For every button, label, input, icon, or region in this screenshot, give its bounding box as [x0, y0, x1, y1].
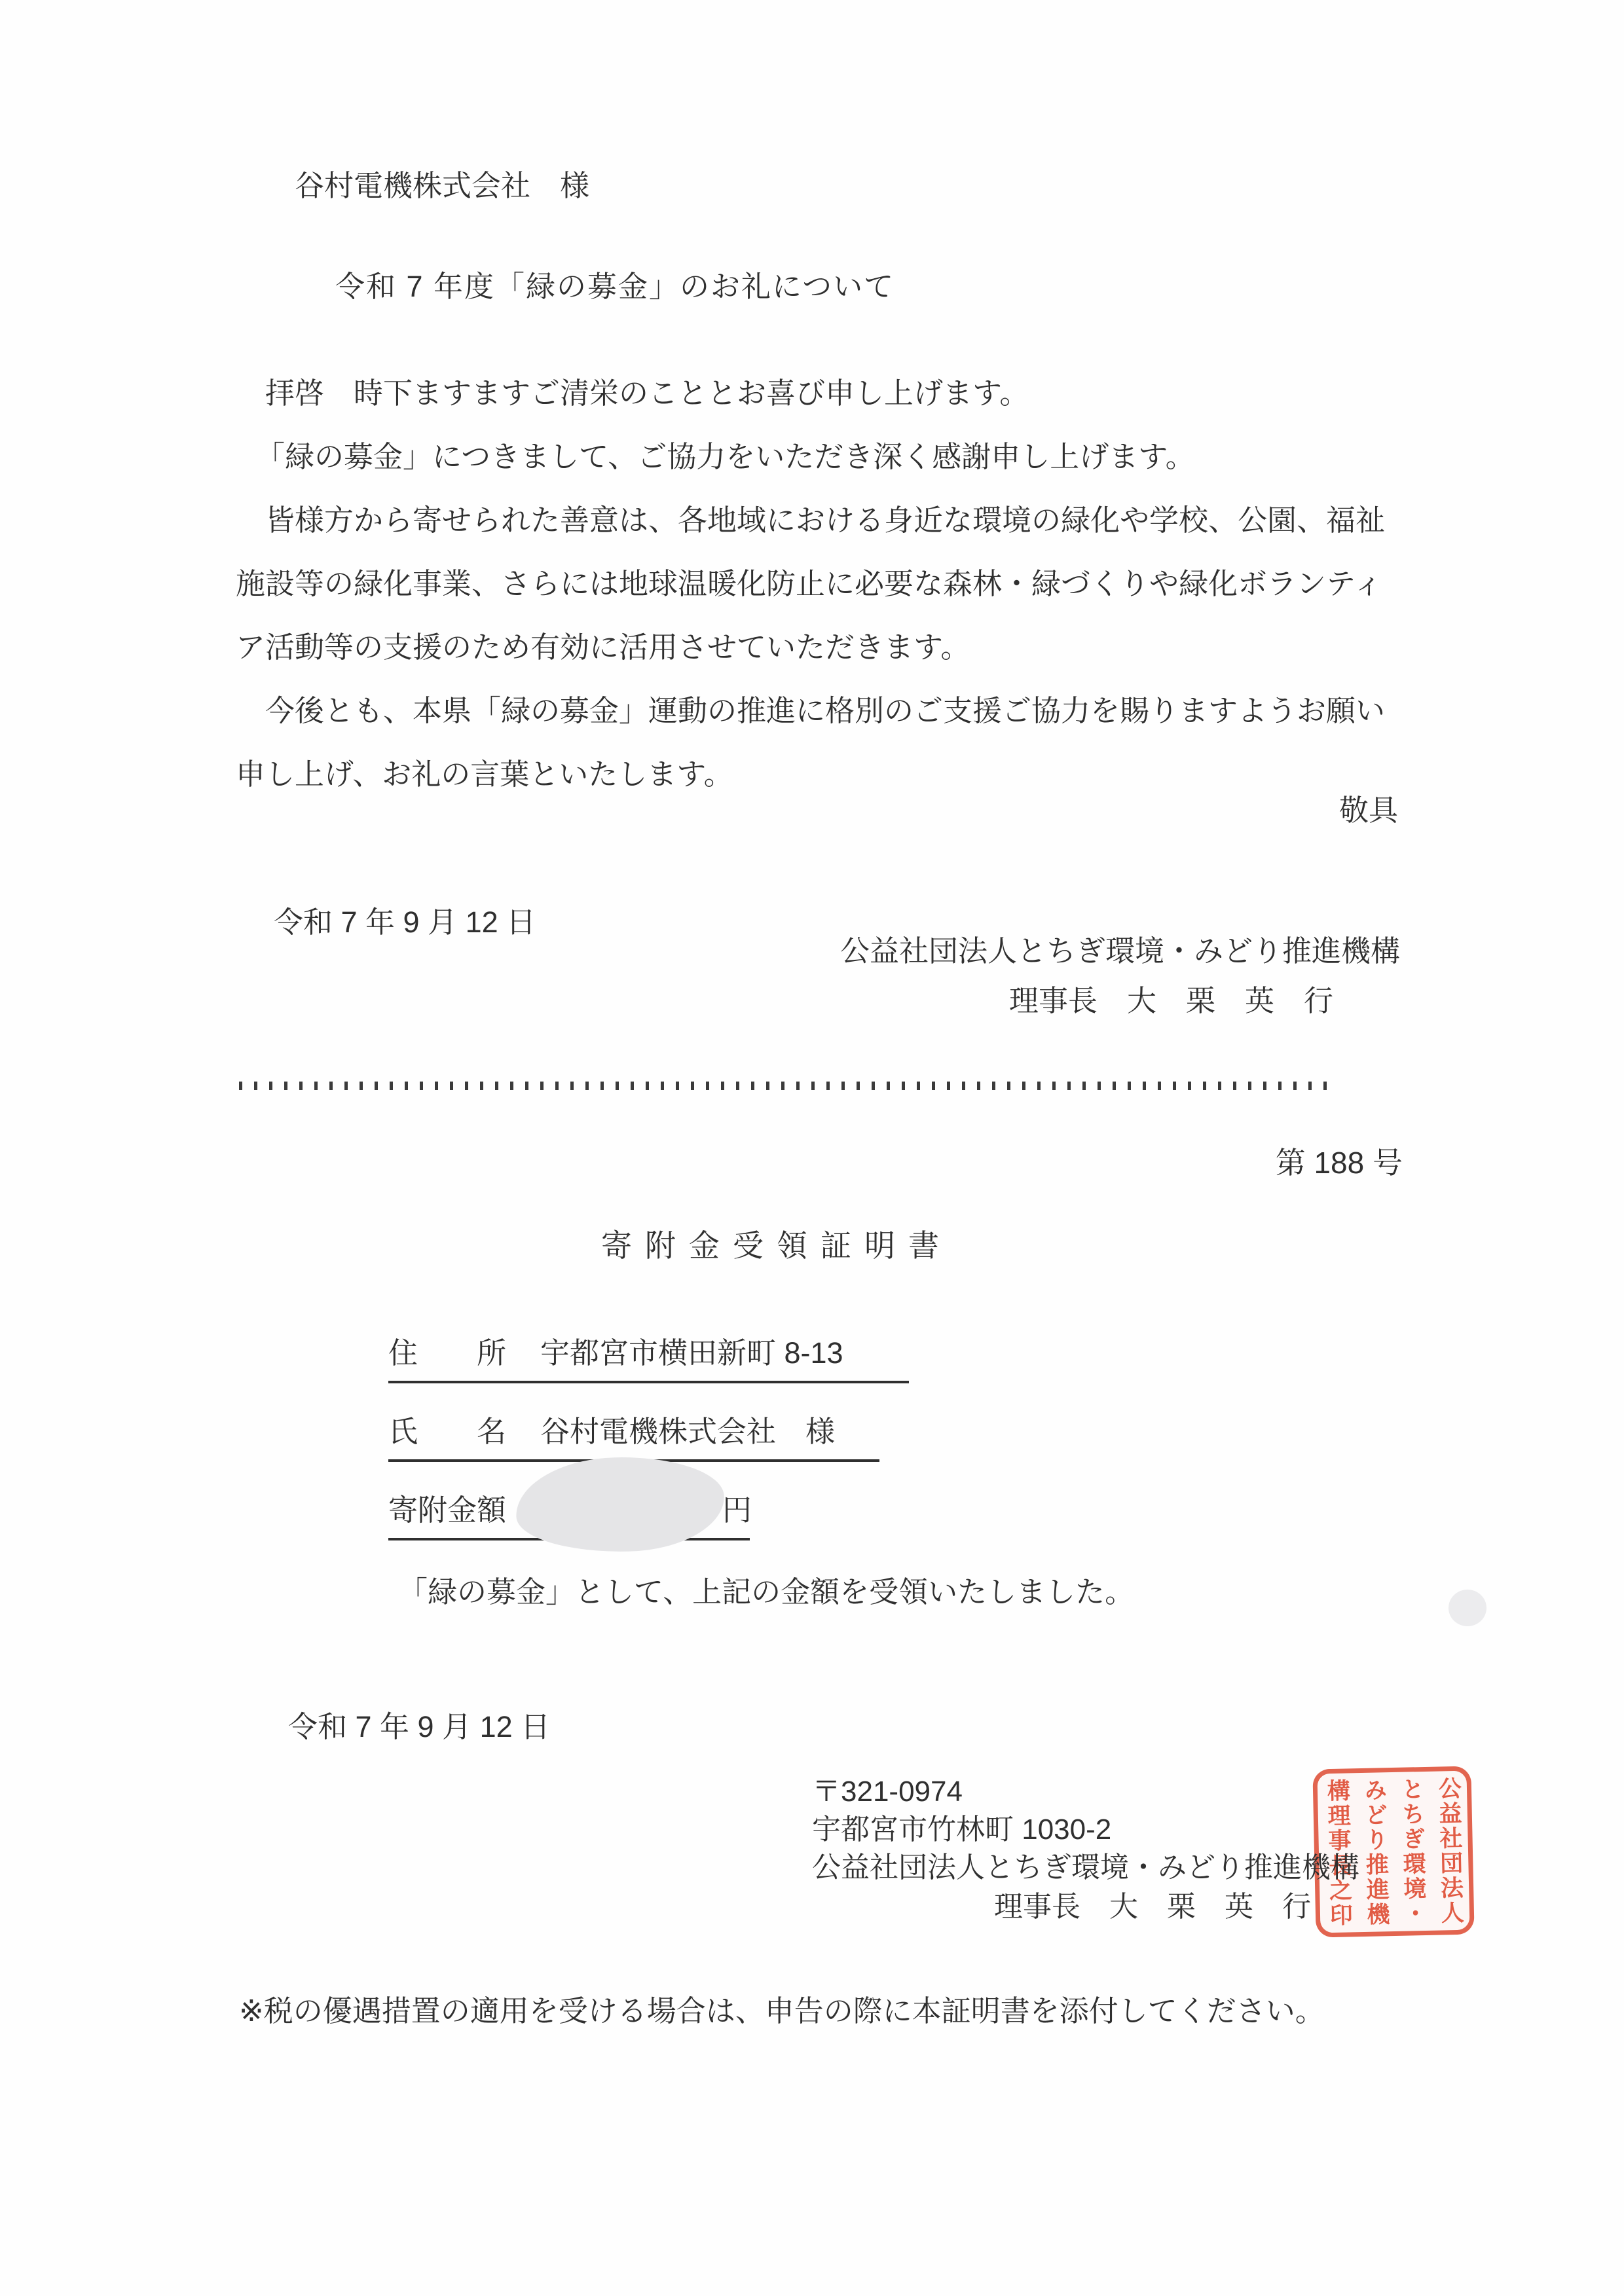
certificate-title: 寄附金受領証明書: [601, 1228, 952, 1264]
letter-body-line: 施設等の緑化事業、さらには地球温暖化防止に必要な森林・緑づくりや緑化ボランティ: [236, 567, 1382, 601]
field-address-label: 住 所: [388, 1329, 506, 1372]
issuer-street: 宇都宮市竹林町 1030-2: [812, 1813, 1111, 1847]
field-name-label: 氏 名: [388, 1408, 506, 1450]
recipient-name: 谷村電機株式会社 様: [295, 169, 589, 203]
field-address-value: 宇都宮市横田新町 8-13: [540, 1329, 843, 1372]
issuer-postal-code: 〒321-0974: [812, 1776, 963, 1809]
letter-body-line: 「緑の募金」につきまして、ご協力をいただき深く感謝申し上げます。: [255, 440, 1195, 474]
letter-body-line: 皆様方から寄せられた善意は、各地域における身近な環境の緑化や学校、公園、福祉: [265, 503, 1385, 538]
letter-sender-name: 理事長 大 栗 英 行: [1009, 984, 1333, 1018]
certificate-date: 令和 7 年 9 月 12 日: [288, 1710, 550, 1744]
field-amount-unit: 円: [722, 1486, 752, 1529]
tax-footnote: ※税の優遇措置の適用を受ける場合は、申告の際に本証明書を添付してください。: [239, 1994, 1325, 2028]
letter-sender-org: 公益社団法人とちぎ環境・みどり推進機構: [840, 934, 1400, 968]
letter-closing: 敬具: [1339, 793, 1398, 828]
letter-body-line: 申し上げ、お礼の言葉といたします。: [236, 757, 733, 792]
dotted-separator: [239, 1082, 1336, 1090]
issuer-name: 理事長 大 栗 英 行: [994, 1891, 1311, 1924]
scanned-letter-page: 谷村電機株式会社 様 令和 7 年度「緑の募金」のお礼について 拝啓 時下ますま…: [0, 0, 1624, 2296]
field-name: 氏 名 谷村電機株式会社 様: [388, 1408, 879, 1462]
scan-artifact-dot: [1449, 1590, 1486, 1626]
letter-body-line: ア活動等の支援のため有効に活用させていただきます。: [236, 630, 970, 665]
letter-subject: 令和 7 年度「緑の募金」のお礼について: [335, 270, 895, 304]
letter-body-line: 拝啓 時下ますますご清栄のこととお喜び申し上げます。: [265, 376, 1029, 410]
certificate-number: 第 188 号: [1276, 1146, 1403, 1180]
receipt-statement: 「緑の募金」として、上記の金額を受領いたしました。: [398, 1575, 1134, 1609]
letter-date: 令和 7 年 9 月 12 日: [274, 905, 536, 939]
field-name-value: 谷村電機株式会社 様: [540, 1408, 835, 1450]
letter-body-line: 今後とも、本県「緑の募金」運動の推進に格別のご支援ご協力を賜りますようお願い: [265, 694, 1385, 728]
field-address: 住 所 宇都宮市横田新町 8-13: [388, 1329, 909, 1383]
issuer-org: 公益社団法人とちぎ環境・みどり推進機構: [812, 1851, 1359, 1885]
field-amount-label: 寄附金額: [388, 1486, 506, 1529]
